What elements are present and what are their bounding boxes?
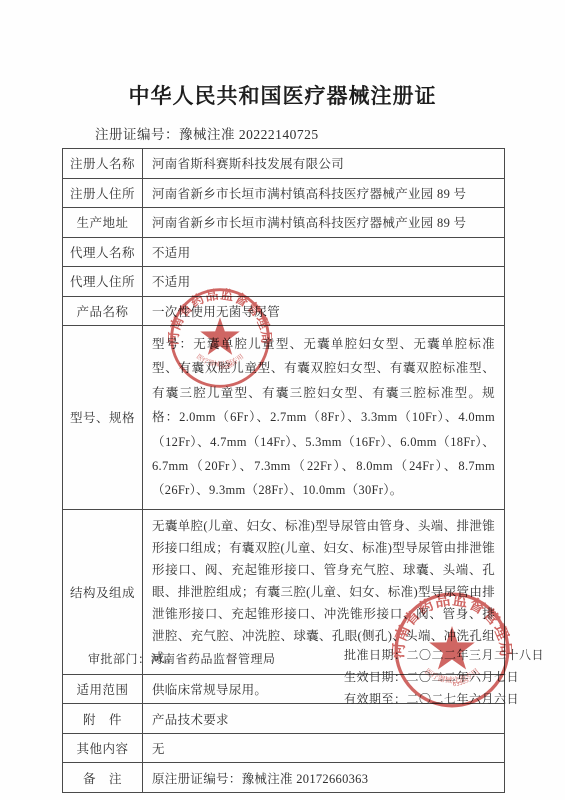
field-value: 河南省斯科赛斯科技发展有限公司	[143, 149, 504, 178]
field-label: 产品名称	[63, 297, 143, 326]
star-icon	[200, 317, 240, 355]
field-value: 无	[143, 734, 504, 763]
approval-department-label: 审批部门：	[88, 652, 151, 666]
field-label: 代理人名称	[63, 238, 143, 267]
registration-number-line: 注册证编号：豫械注准 20222140725	[95, 123, 319, 143]
row-registrant-name: 注册人名称 河南省斯科赛斯科技发展有限公司	[63, 149, 504, 179]
row-product-name: 产品名称 一次性使用无菌导尿管	[63, 297, 504, 327]
registration-number-label: 注册证编号：	[95, 127, 179, 142]
official-seal-stamp-icon: 河南省药品监督管理局 医疗器械注册专用 63503	[392, 590, 512, 710]
row-other-content: 其他内容 无	[63, 734, 504, 764]
star-icon	[429, 626, 475, 669]
field-label: 备 注	[63, 763, 143, 792]
approval-department-value: 河南省药品监督管理局	[151, 652, 276, 666]
field-label: 代理人住所	[63, 267, 143, 296]
field-value: 河南省新乡市长垣市满村镇高科技医疗器械产业园 89 号	[143, 208, 504, 237]
field-value: 不适用	[143, 238, 504, 267]
row-production-address: 生产地址 河南省新乡市长垣市满村镇高科技医疗器械产业园 89 号	[63, 208, 504, 238]
row-registrant-address: 注册人住所 河南省新乡市长垣市满村镇高科技医疗器械产业园 89 号	[63, 179, 504, 209]
certificate-page: 中华人民共和国医疗器械注册证 注册证编号：豫械注准 20222140725 注册…	[0, 0, 565, 800]
field-label: 注册人名称	[63, 149, 143, 178]
svg-text:医疗器械注册专用: 医疗器械注册专用	[423, 667, 481, 685]
approval-department-line: 审批部门：河南省药品监督管理局	[88, 650, 276, 667]
field-label: 其他内容	[63, 734, 143, 763]
row-remarks: 备 注 原注册证编号：豫械注准 20172660363	[63, 763, 504, 792]
seal-bottom-text: 医疗器械注册专用	[195, 352, 245, 368]
field-label: 注册人住所	[63, 179, 143, 208]
field-value: 河南省新乡市长垣市满村镇高科技医疗器械产业园 89 号	[143, 179, 504, 208]
row-agent-address: 代理人住所 不适用	[63, 267, 504, 297]
field-label: 附 件	[63, 704, 143, 733]
certificate-title: 中华人民共和国医疗器械注册证	[0, 80, 565, 110]
field-label: 生产地址	[63, 208, 143, 237]
svg-text:医疗器械注册专用: 医疗器械注册专用	[195, 352, 245, 368]
row-agent-name: 代理人名称 不适用	[63, 238, 504, 268]
field-value: 原注册证编号：豫械注准 20172660363	[143, 763, 504, 792]
registration-number-value: 豫械注准 20222140725	[179, 127, 319, 142]
row-model-spec: 型号、规格 型号：无囊单腔儿童型、无囊单腔妇女型、无囊单腔标准型、有囊双腔儿童型…	[63, 326, 504, 510]
official-seal-stamp-icon: 河南省药品监督管理局 医疗器械注册专用 1010859	[168, 286, 272, 390]
field-label: 适用范围	[63, 675, 143, 704]
seal-bottom-text: 医疗器械注册专用	[423, 667, 481, 685]
field-label: 型号、规格	[63, 326, 143, 509]
